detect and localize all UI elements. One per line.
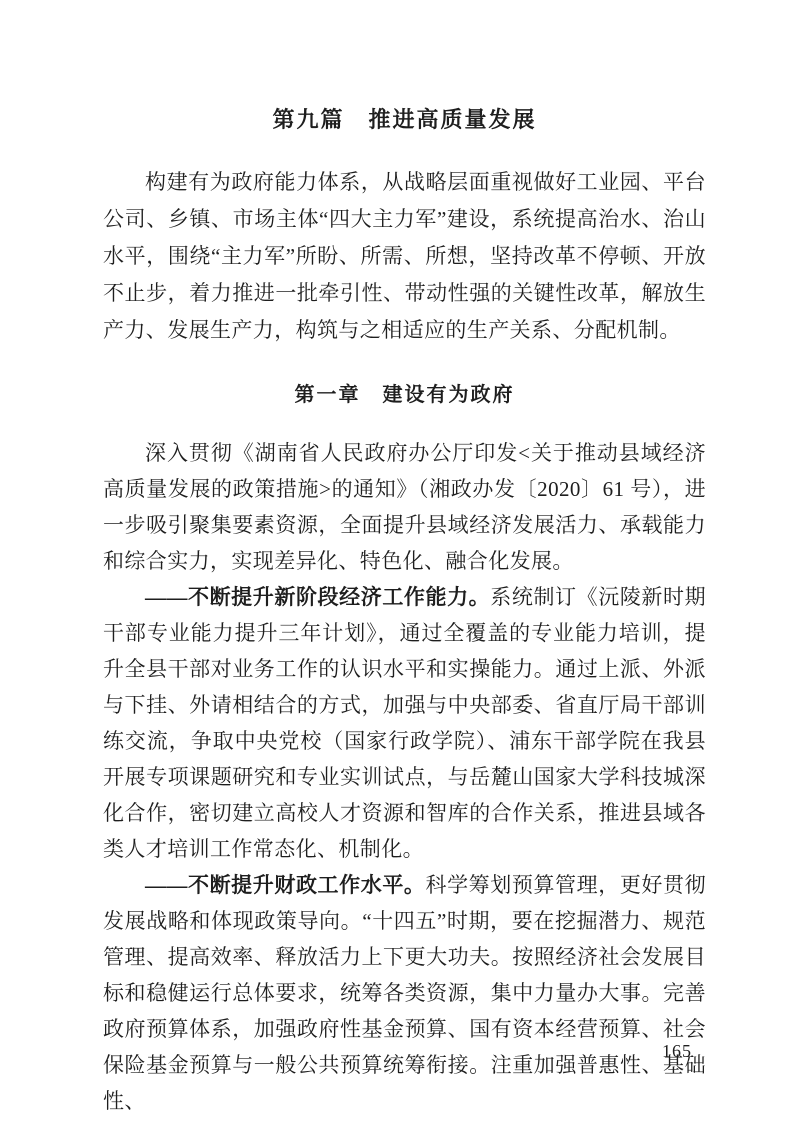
- bullet-2-lead: ——不断提升财政工作水平。: [145, 873, 426, 897]
- bullet-1-lead: ——不断提升新阶段经济工作能力。: [145, 585, 490, 609]
- document-page: 第九篇 推进高质量发展 构建有为政府能力体系，从战略层面重视做好工业园、平台公司…: [0, 0, 793, 1122]
- bullet-1-text: 系统制订《沅陵新时期干部专业能力提升三年计划》，通过全覆盖的专业能力培训，提升全…: [103, 585, 706, 861]
- chapter-intro-paragraph: 深入贯彻《湖南省人民政府办公厅印发<关于推动县域经济高质量发展的政策措施>的通知…: [103, 435, 706, 579]
- chapter-body: 深入贯彻《湖南省人民政府办公厅印发<关于推动县域经济高质量发展的政策措施>的通知…: [103, 435, 706, 1119]
- bullet-paragraph-economic-capability: ——不断提升新阶段经济工作能力。系统制订《沅陵新时期干部专业能力提升三年计划》，…: [103, 579, 706, 867]
- bullet-2-text: 科学筹划预算管理，更好贯彻发展战略和体现政策导向。“十四五”时期，要在挖掘潜力、…: [103, 873, 706, 1113]
- chapter-title: 第一章 建设有为政府: [103, 378, 706, 407]
- bullet-paragraph-fiscal-capability: ——不断提升财政工作水平。科学筹划预算管理，更好贯彻发展战略和体现政策导向。“十…: [103, 867, 706, 1119]
- part-title: 第九篇 推进高质量发展: [103, 103, 706, 134]
- intro-paragraph: 构建有为政府能力体系，从战略层面重视做好工业园、平台公司、乡镇、市场主体“四大主…: [103, 164, 706, 349]
- page-number: 165: [662, 1041, 692, 1062]
